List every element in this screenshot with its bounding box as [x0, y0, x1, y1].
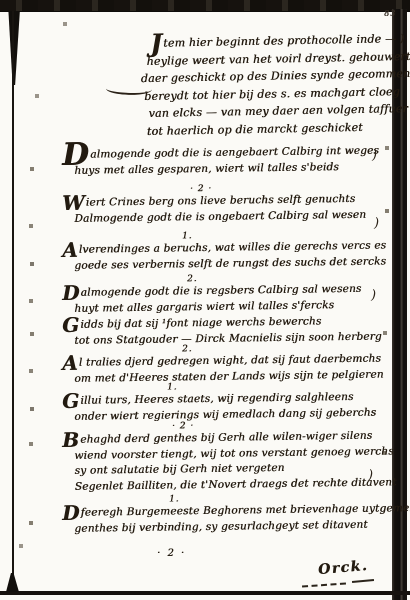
pen-flourish: ) — [371, 288, 376, 303]
revision-number-mark: 1. — [167, 382, 178, 392]
line-text: idds bij dat sij ¹font niage werchs bewe… — [80, 315, 321, 330]
manuscript-paragraph: 1.Gillui turs, Heeres staets, wij regend… — [62, 390, 376, 425]
line-text: l tralies djerd gedregen wight, dat sij … — [79, 353, 381, 369]
gathering-mark: · 2 · — [157, 548, 186, 559]
line-text: almogende godt die is regsbers Calbirg s… — [81, 283, 362, 299]
manuscript-paragraph: 2.Al tralies djerd gedregen wight, dat s… — [62, 352, 384, 387]
line-text: illui turs, Heeres staets, wij regendirg… — [80, 391, 353, 407]
initial-capital: D — [62, 286, 80, 302]
initial-capital: G — [62, 394, 79, 410]
revision-number-mark: 2. — [182, 344, 193, 354]
initial-capital: A — [62, 243, 78, 259]
folio-number: 83 — [384, 9, 396, 18]
pen-flourish: ) — [368, 468, 373, 483]
initial-capital: W — [62, 196, 85, 212]
manuscript-paragraph: · 2 ·Wiert Crines berg ons lieve beruchs… — [62, 192, 366, 227]
paper-specks — [0, 0, 2, 2]
manuscript-paragraph: · 2 ·Behaghd derd genthes bij Gerh alle … — [62, 428, 397, 495]
initial-capital: B — [62, 433, 79, 449]
manuscript-paragraph: 1.Dfeeregh Burgemeeste Beghorens met bri… — [62, 501, 410, 537]
manuscript-paragraph: Dalmogende godt die is aengebaert Calbir… — [62, 144, 379, 179]
initial-capital: A — [62, 356, 78, 372]
revision-number-mark: 1. — [182, 231, 193, 241]
initial-capital: D — [62, 506, 80, 522]
manuscript-paragraph: Gidds bij dat sij ¹font niage werchs bew… — [62, 314, 382, 349]
scan-border-bottom — [0, 591, 410, 595]
line-text: iert Crines berg ons lieve beruchs selft… — [86, 193, 356, 209]
scan-border-top — [0, 0, 410, 12]
initial-capital: G — [62, 318, 79, 334]
pen-flourish: ) — [372, 148, 377, 163]
revision-number-mark: · 2 · — [190, 184, 212, 194]
line-text: almogende godt die is aengebaert Calbirg… — [90, 145, 379, 161]
line-text: ehaghd derd genthes bij Gerh alle wilen-… — [80, 430, 372, 446]
line-text: feeregh Burgemeeste Beghorens met brieve… — [81, 502, 410, 519]
manuscript-paragraph: 1.Alverendinges a beruchs, wat willes di… — [62, 238, 386, 274]
initial-capital: J — [150, 35, 162, 53]
revision-number-mark: · 2 · — [172, 421, 194, 431]
manuscript-paragraph: 2.Dalmogende godt die is regsbers Calbir… — [62, 282, 362, 317]
scan-border-left — [12, 11, 14, 592]
line-text: lverendinges a beruchs, wat willes die g… — [79, 239, 387, 255]
line-text: tem hier beginnt des prothocolle inde — … — [163, 32, 404, 50]
pen-flourish: ) — [374, 216, 379, 231]
heading-block: Jtem hier beginnt des prothocolle inde —… — [146, 30, 410, 140]
revision-number-mark: 1. — [169, 494, 180, 504]
revision-number-mark: 2. — [187, 274, 198, 284]
initial-capital: D — [62, 148, 89, 164]
